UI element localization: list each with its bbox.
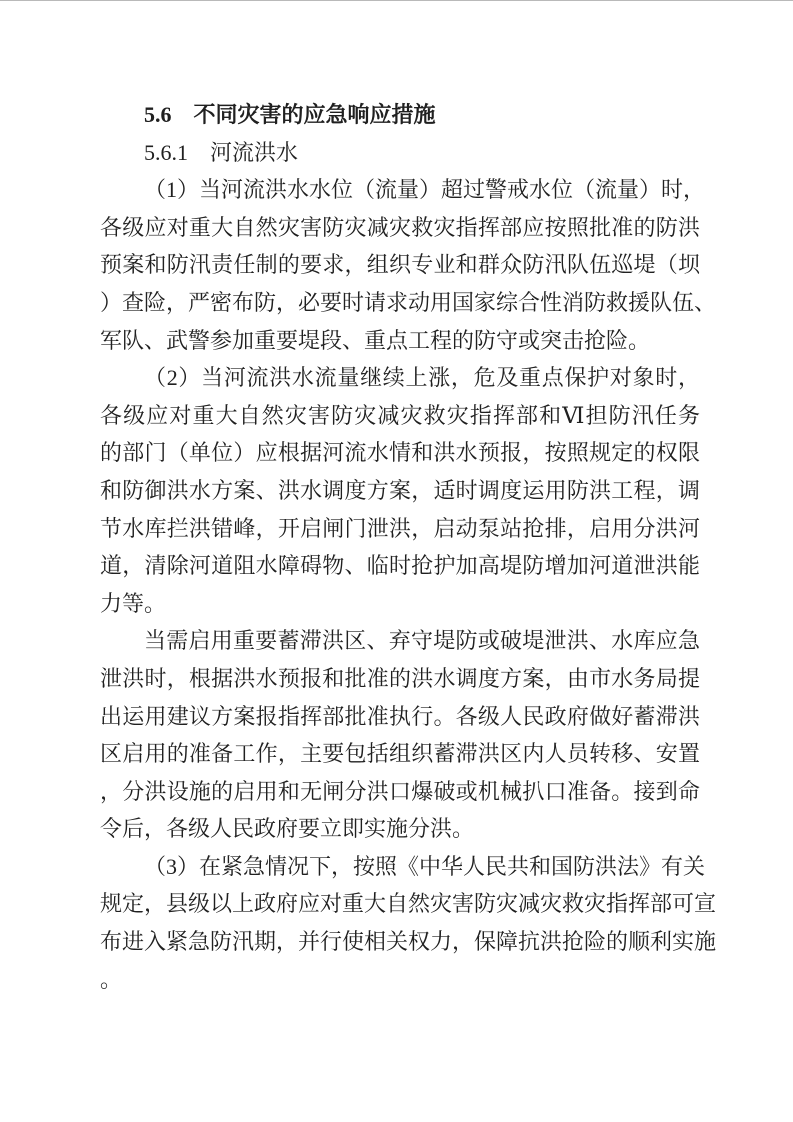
text-line: （2）当河流洪水流量继续上涨，危及重点保护对象时， xyxy=(100,359,700,397)
text-line: （1）当河流洪水水位（流量）超过警戒水位（流量）时， xyxy=(100,171,700,209)
text-line: 的部门（单位）应根据河流水情和洪水预报，按照规定的权限 xyxy=(100,434,700,472)
text-line: ）查险，严密布防，必要时请求动用国家综合性消防救援队伍、 xyxy=(100,284,700,322)
text-line: 泄洪时，根据洪水预报和批准的洪水调度方案，由市水务局提 xyxy=(100,660,700,698)
text-line: 出运用建议方案报指挥部批准执行。各级人民政府做好蓄滞洪 xyxy=(100,698,700,736)
subsection-heading: 5.6.1 河流洪水 xyxy=(100,134,700,172)
text-line: 布进入紧急防汛期，并行使相关权力，保障抗洪抢险的顺利实施 xyxy=(100,923,700,961)
text-line: （3）在紧急情况下，按照《中华人民共和国防洪法》有关 xyxy=(100,848,700,886)
section-heading: 5.6 不同灾害的应急响应措施 xyxy=(100,96,700,134)
scan-edge-line xyxy=(0,0,793,1)
text-line: 节水库拦洪错峰，开启闸门泄洪，启动泵站抢排，启用分洪河 xyxy=(100,510,700,548)
text-line: 军队、武警参加重要堤段、重点工程的防守或突击抢险。 xyxy=(100,322,700,360)
text-line: 各级应对重大自然灾害防灾减灾救灾指挥部应按照批准的防洪 xyxy=(100,209,700,247)
paragraphs: （1）当河流洪水水位（流量）超过警戒水位（流量）时，各级应对重大自然灾害防灾减灾… xyxy=(100,171,700,998)
text-line: ，分洪设施的启用和无闸分洪口爆破或机械扒口准备。接到命 xyxy=(100,773,700,811)
text-line: 。 xyxy=(100,961,700,999)
text-line: 和防御洪水方案、洪水调度方案，适时调度运用防洪工程，调 xyxy=(100,472,700,510)
text-line: 规定，县级以上政府应对重大自然灾害防灾减灾救灾指挥部可宣 xyxy=(100,885,700,923)
text-line: 区启用的准备工作，主要包括组织蓄滞洪区内人员转移、安置 xyxy=(100,735,700,773)
text-line: 令后，各级人民政府要立即实施分洪。 xyxy=(100,810,700,848)
text-line: 预案和防汛责任制的要求，组织专业和群众防汛队伍巡堤（坝 xyxy=(100,246,700,284)
document-page: 5.6 不同灾害的应急响应措施 5.6.1 河流洪水 （1）当河流洪水水位（流量… xyxy=(0,0,793,1122)
text-block: 5.6 不同灾害的应急响应措施 5.6.1 河流洪水 （1）当河流洪水水位（流量… xyxy=(100,96,700,998)
text-line: 道，清除河道阻水障碍物、临时抢护加高堤防增加河道泄洪能 xyxy=(100,547,700,585)
text-line: 各级应对重大自然灾害防灾减灾救灾指挥部和Ⅵ担防汛任务 xyxy=(100,397,700,435)
text-line: 当需启用重要蓄滞洪区、弃守堤防或破堤泄洪、水库应急 xyxy=(100,622,700,660)
text-line: 力等。 xyxy=(100,585,700,623)
